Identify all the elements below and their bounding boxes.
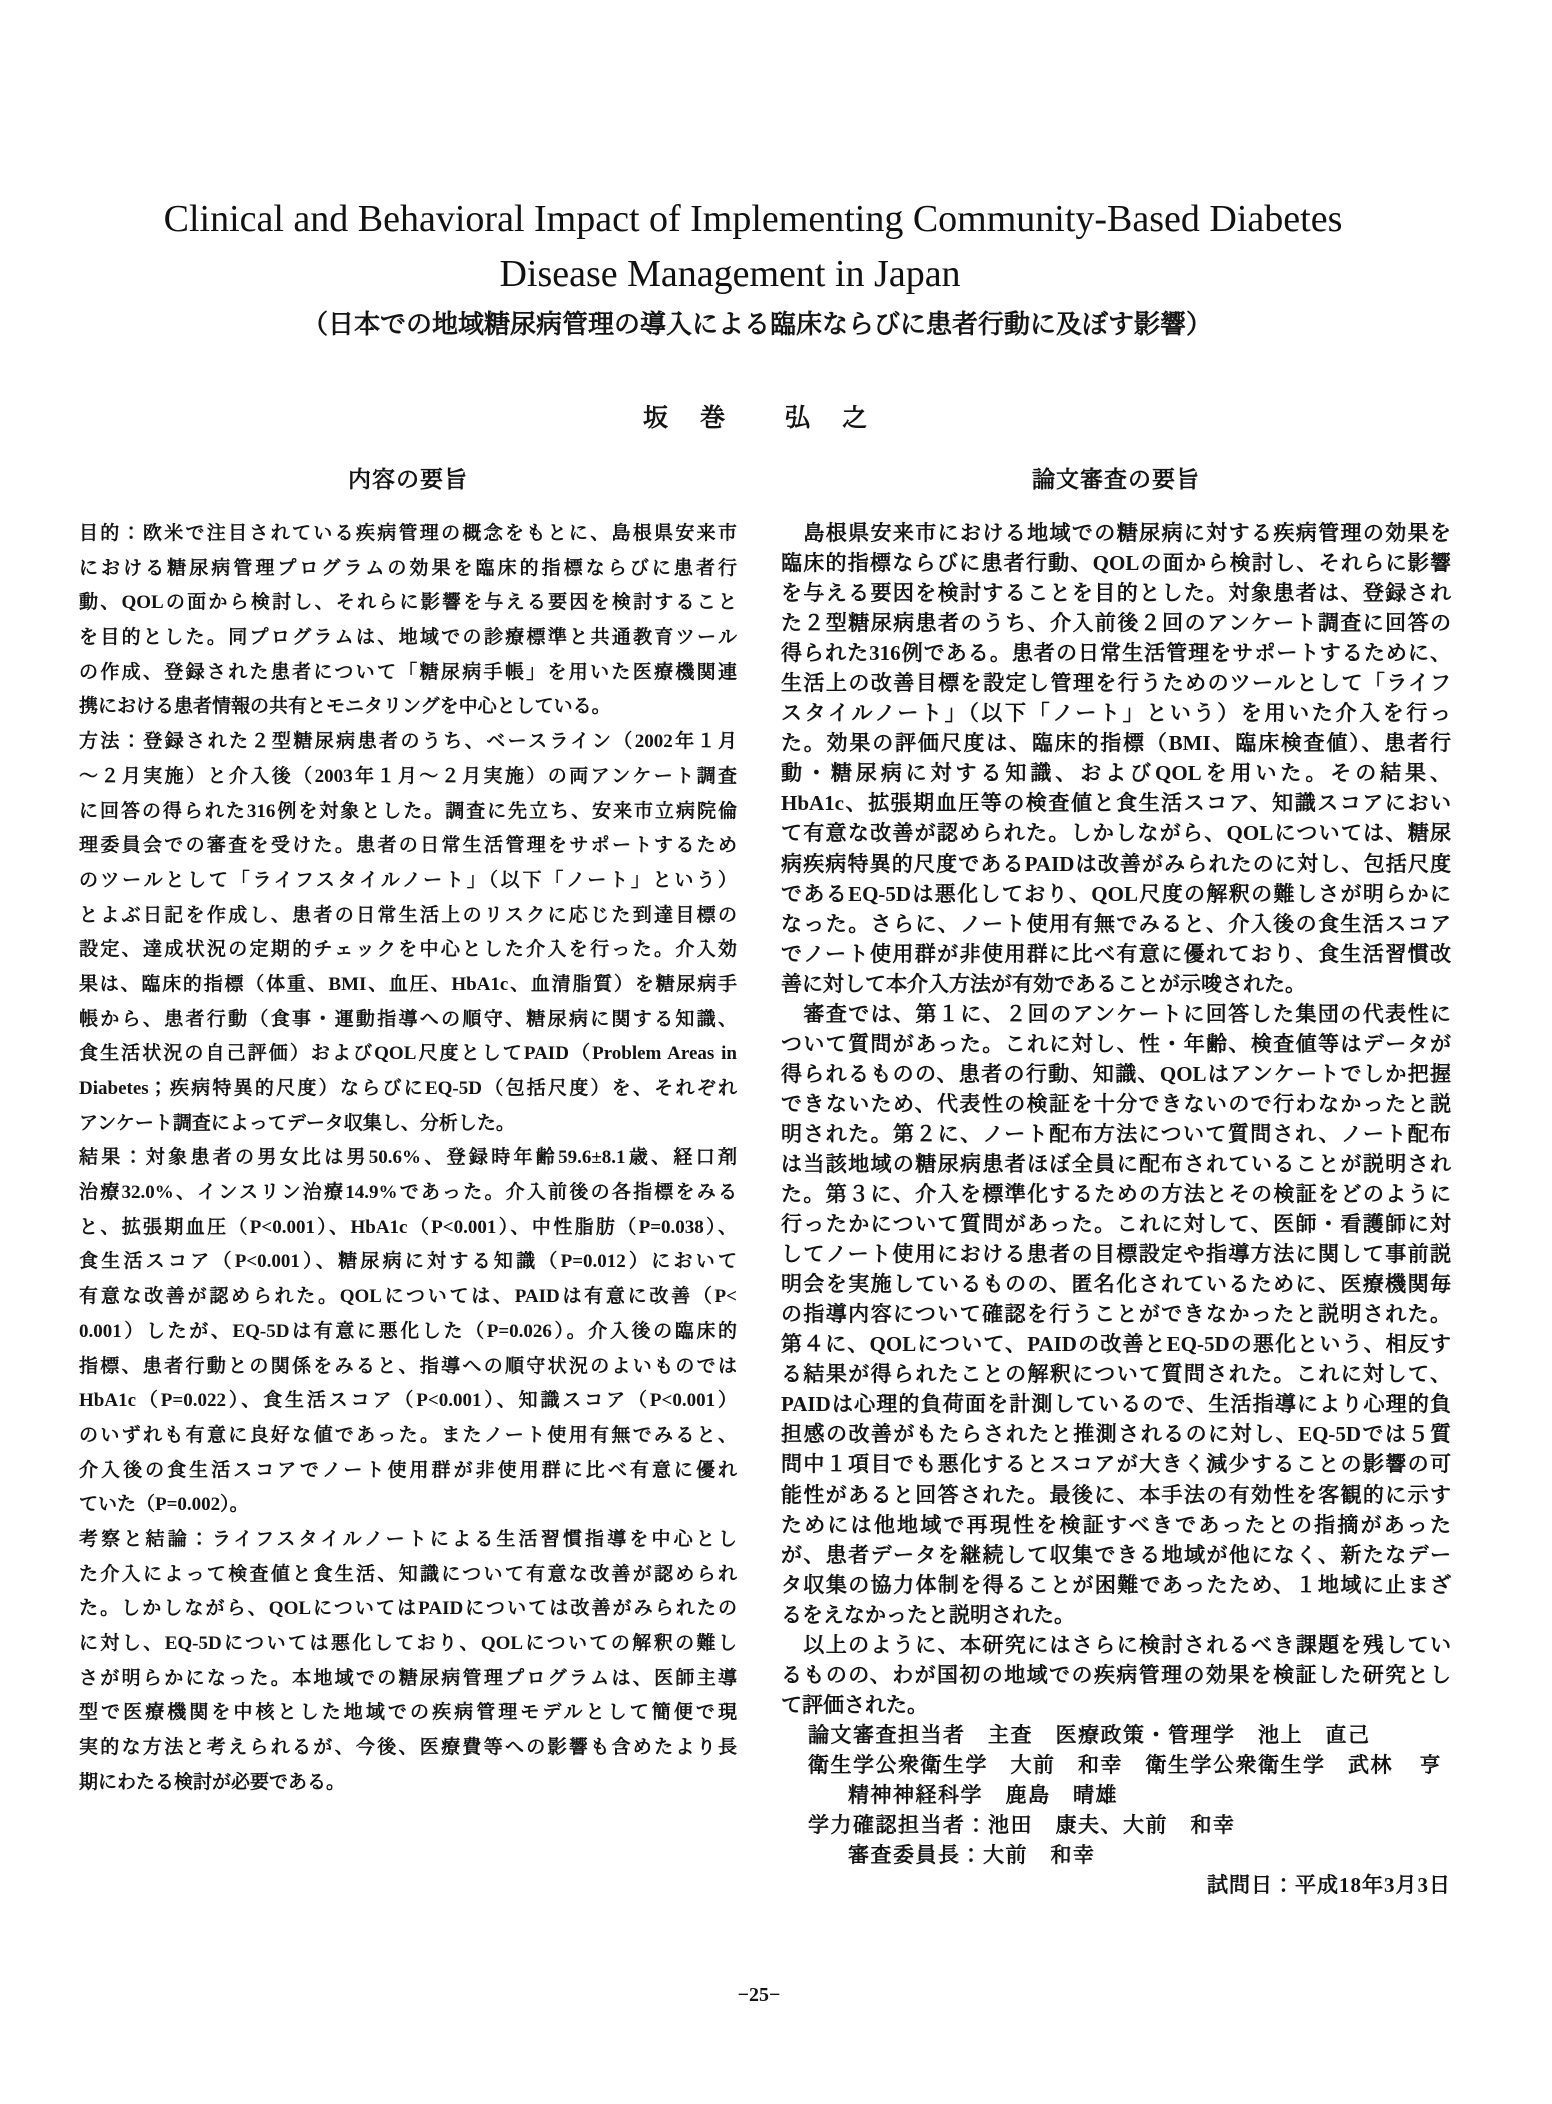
abstract-line: 帳から、患者行動（食事・運動指導への順守、糖尿病に関する知識、 — [79, 1003, 737, 1038]
abstract-column: 目的：欧米で注目されている疾病管理の概念をもとに、島根県安来市 における糖尿病管… — [79, 517, 737, 1800]
committee-examiner-given-name: 亨 — [1420, 1750, 1443, 1780]
review-line: ためには他地域で再現性を検証すべきであったとの指摘があった — [781, 1510, 1451, 1540]
review-line: スタイルノート」（以下「ノート」という）を用いた介入を行っ — [781, 698, 1451, 728]
title-japanese: （日本での地域糖尿病管理の導入による臨床ならびに患者行動に及ぼす影響） — [0, 306, 1533, 342]
abstract-heading: 内容の要旨 — [79, 466, 737, 494]
author-given-name: 弘之 — [785, 401, 899, 435]
abstract-line: HbA1c（P=0.022）、食生活スコア（P<0.001）、知識スコア（P<0… — [79, 1384, 737, 1419]
section-purpose-line: 目的：欧米で注目されている疾病管理の概念をもとに、島根県安来市 — [79, 517, 737, 552]
committee-examiners-text: 衛生学公衆衛生学 大前 和幸 衛生学公衆衛生学 武林 — [808, 1750, 1393, 1780]
abstract-line: のツールとして「ライフスタイルノート」（以下「ノート」という） — [79, 864, 737, 899]
section-results-line: 結果：対象患者の男女比は男50.6%、登録時年齢59.6±8.1歳、経口剤 — [79, 1141, 737, 1176]
review-line: 病疾病特異的尺度であるPAIDは改善がみられたのに対し、包括尺度 — [781, 849, 1451, 879]
review-paragraph-start-line: 島根県安来市における地域での糖尿病に対する疾病管理の効果を — [781, 518, 1451, 548]
review-line: 第４に、QOLについて、PAIDの改善とEQ-5Dの悪化という、相反す — [781, 1329, 1451, 1359]
review-line: て有意な改善が認められた。しかしながら、QOLについては、糖尿 — [781, 818, 1451, 848]
review-line: 臨床的指標ならびに患者行動、QOLの面から検討し、それらに影響 — [781, 548, 1451, 578]
committee-chief-examiner: 論文審査担当者 主査 医療政策・管理学 池上 直己 — [781, 1720, 1451, 1750]
review-line: 能性があると回答された。最後に、本手法の有効性を客観的に示す — [781, 1480, 1451, 1510]
review-line: を与える要因を検討することを目的とした。対象患者は、登録され — [781, 578, 1451, 608]
document-page: Clinical and Behavioral Impact of Implem… — [0, 0, 1552, 2104]
abstract-line: ～２月実施）と介入後（2003年１月～２月実施）の両アンケート調査 — [79, 760, 737, 795]
review-line: るものの、わが国初の地域での疾病管理の効果を検証した研究とし — [781, 1660, 1451, 1690]
abstract-line: の作成、登録された患者について「糖尿病手帳」を用いた医療機関連 — [79, 656, 737, 691]
review-line: でノート使用群が非使用群に比べ有意に優れており、食生活習慣改 — [781, 939, 1451, 969]
committee-chairperson: 審査委員長：大前 和幸 — [781, 1840, 1451, 1870]
abstract-line: に対し、EQ-5Dについては悪化しており、QOLについての解釈の難し — [79, 1627, 737, 1662]
abstract-line: 指標、患者行動との関係をみると、指導への順守状況のよいものでは — [79, 1350, 737, 1385]
abstract-line: 0.001）したが、EQ-5Dは有意に悪化した（P=0.026）。介入後の臨床的 — [79, 1315, 737, 1350]
abstract-line: 実的な方法と考えられるが、今後、医療費等への影響も含めたより長 — [79, 1731, 737, 1766]
review-line: 明会を実施しているものの、匿名化されているために、医療機関毎 — [781, 1269, 1451, 1299]
committee-examiner-psychiatry: 精神神経科学 鹿島 晴雄 — [781, 1780, 1451, 1810]
review-line: 得られるものの、患者の行動、知識、QOLはアンケートでしか把握 — [781, 1059, 1451, 1089]
review-heading: 論文審査の要旨 — [781, 466, 1451, 494]
abstract-line: 果は、臨床的指標（体重、BMI、血圧、HbA1c、血清脂質）を糖尿病手 — [79, 968, 737, 1003]
abstract-line: に回答の得られた316例を対象とした。調査に先立ち、安来市立病院倫 — [79, 795, 737, 830]
abstract-line: 設定、達成状況の定期的チェックを中心とした介入を行った。介入効 — [79, 933, 737, 968]
abstract-line: た。しかしながら、QOLについてはPAIDについては改善がみられたの — [79, 1592, 737, 1627]
abstract-line: とよぶ日記を作成し、患者の日常生活上のリスクに応じた到達目標の — [79, 899, 737, 934]
abstract-line: アンケート調査によってデータ収集し、分析した。 — [79, 1107, 737, 1142]
abstract-line: 携における患者情報の共有とモニタリングを中心としている。 — [79, 690, 737, 725]
abstract-line: 動、QOLの面から検討し、それらに影響を与える要因を検討すること — [79, 586, 737, 621]
author-family-name: 坂巻 — [643, 401, 757, 435]
review-line: 善に対して本介入方法が有効であることが示唆された。 — [781, 969, 1451, 999]
review-paragraph-start-line: 以上のように、本研究にはさらに検討されるべき課題を残してい — [781, 1630, 1451, 1660]
review-line: HbA1c、拡張期血圧等の検査値と食生活スコア、知識スコアにおい — [781, 788, 1451, 818]
review-line: 明された。第２に、ノート配布方法について質問され、ノート配布 — [781, 1119, 1451, 1149]
review-line: PAIDは心理的負荷面を計測しているので、生活指導により心理的負 — [781, 1389, 1451, 1419]
abstract-line: と、拡張期血圧（P<0.001）、HbA1c（P<0.001）、中性脂肪（P=0… — [79, 1211, 737, 1246]
title-english-line-1: Clinical and Behavioral Impact of Implem… — [0, 197, 1529, 241]
abstract-line: における糖尿病管理プログラムの効果を臨床的指標ならびに患者行 — [79, 552, 737, 587]
review-line: が、患者データを継続して収集できる地域が他になく、新たなデー — [781, 1540, 1451, 1570]
review-line: なった。さらに、ノート使用有無でみると、介入後の食生活スコア — [781, 909, 1451, 939]
review-line: て評価された。 — [781, 1690, 1451, 1720]
abstract-line: のいずれも有意に良好な値であった。またノート使用有無でみると、 — [79, 1419, 737, 1454]
abstract-line: 食生活スコア（P<0.001）、糖尿病に対する知識（P=0.012）において — [79, 1245, 737, 1280]
review-line: 得られた316例である。患者の日常生活管理をサポートするために、 — [781, 638, 1451, 668]
abstract-line: 期にわたる検討が必要である。 — [79, 1766, 737, 1801]
committee-examiners: 衛生学公衆衛生学 大前 和幸 衛生学公衆衛生学 武林 亨 — [781, 1750, 1451, 1780]
review-line: タ収集の協力体制を得ることが困難であったため、１地域に止まざ — [781, 1570, 1451, 1600]
review-line: は当該地域の糖尿病患者ほぼ全員に配布されていることが説明され — [781, 1149, 1451, 1179]
abstract-line: を目的とした。同プログラムは、地域での診療標準と共通教育ツール — [79, 621, 737, 656]
review-line: た２型糖尿病患者のうち、介入前後２回のアンケート調査に回答の — [781, 608, 1451, 638]
abstract-line: 治療32.0%、インスリン治療14.9%であった。介入前後の各指標をみる — [79, 1176, 737, 1211]
section-methods-line: 方法：登録された２型糖尿病患者のうち、ベースライン（2002年１月 — [79, 725, 737, 760]
review-line: してノート使用における患者の目標設定や指導方法に関して事前説 — [781, 1239, 1451, 1269]
review-line: であるEQ-5Dは悪化しており、QOL尺度の解釈の難しさが明らかに — [781, 879, 1451, 909]
abstract-line: 有意な改善が認められた。QOLについては、PAIDは有意に改善（P< — [79, 1280, 737, 1315]
committee-academic-verifiers: 学力確認担当者：池田 康夫、大前 和幸 — [781, 1810, 1451, 1840]
title-english-line-2: Disease Management in Japan — [0, 252, 1506, 296]
abstract-line: 理委員会での審査を受けた。患者の日常生活管理をサポートするため — [79, 829, 737, 864]
abstract-line: 食生活状況の自己評価）およびQOL尺度としてPAID（Problem Areas… — [79, 1037, 737, 1072]
abstract-line: Diabetes；疾病特異的尺度）ならびにEQ-5D（包括尺度）を、それぞれ — [79, 1072, 737, 1107]
review-line: た。効果の評価尺度は、臨床的指標（BMI、臨床検査値）、患者行 — [781, 728, 1451, 758]
section-conclusion-line: 考察と結論：ライフスタイルノートによる生活習慣指導を中心とし — [79, 1523, 737, 1558]
review-line: るをえなかったと説明された。 — [781, 1600, 1451, 1630]
review-line: る結果が得られたことの解釈について質問された。これに対して、 — [781, 1359, 1451, 1389]
review-line: 担感の改善がもたらされたと推測されるのに対し、EQ-5Dでは５質 — [781, 1419, 1451, 1449]
review-line: の指導内容について確認を行うことができなかったと説明された。 — [781, 1299, 1451, 1329]
review-line: ついて質問があった。これに対し、性・年齢、検査値等はデータが — [781, 1029, 1451, 1059]
abstract-line: 介入後の食生活スコアでノート使用群が非使用群に比べ有意に優れ — [79, 1454, 737, 1489]
review-line: 行ったかについて質問があった。これに対して、医師・看護師に対 — [781, 1209, 1451, 1239]
review-line: できないため、代表性の検証を十分できないので行わなかったと説 — [781, 1089, 1451, 1119]
review-line: た。第３に、介入を標準化するための方法とその検証をどのように — [781, 1179, 1451, 1209]
abstract-line: ていた（P=0.002）。 — [79, 1488, 737, 1523]
review-column: 島根県安来市における地域での糖尿病に対する疾病管理の効果を 臨床的指標ならびに患… — [781, 518, 1451, 1900]
review-line: 問中１項目でも悪化するとスコアが大きく減少することの影響の可 — [781, 1449, 1451, 1479]
abstract-line: さが明らかになった。本地域での糖尿病管理プログラムは、医師主導 — [79, 1662, 737, 1697]
abstract-line: た介入によって検査値と食生活、知識について有意な改善が認められ — [79, 1558, 737, 1593]
review-line: 動・糖尿病に対する知識、およびQOLを用いた。その結果、 — [781, 758, 1451, 788]
review-line: 生活上の改善目標を設定し管理を行うためのツールとして「ライフ — [781, 668, 1451, 698]
page-number: −25− — [709, 1983, 809, 2007]
review-paragraph-start-line: 審査では、第１に、２回のアンケートに回答した集団の代表性に — [781, 999, 1451, 1029]
exam-date: 試問日：平成18年3月3日 — [781, 1870, 1451, 1900]
abstract-line: 型で医療機関を中核とした地域での疾病管理モデルとして簡便で現 — [79, 1696, 737, 1731]
